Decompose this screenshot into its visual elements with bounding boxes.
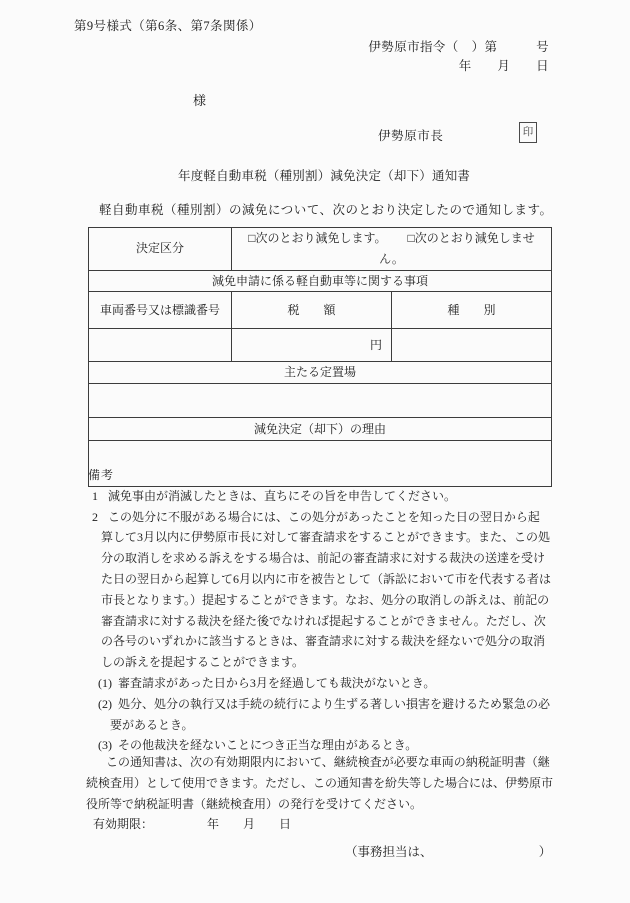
vehicle-type-value-cell[interactable] xyxy=(392,329,552,362)
addressee-suffix: 様 xyxy=(193,91,206,112)
currency-unit: 円 xyxy=(370,338,382,352)
table-row: 主たる定置場 xyxy=(89,362,552,384)
remarks-section: 備考 1減免事由が消滅したときは、直ちにその旨を申告してください。 2この処分に… xyxy=(88,465,551,756)
remarks-item-text: 減免事由が消滅したときは、直ちにその旨を申告してください。 xyxy=(108,489,456,503)
issuer-name: 伊勢原市長 xyxy=(378,126,444,147)
remarks-subitem-1: (1)審査請求があった日から3月を経過しても裁決がないとき。 xyxy=(88,673,551,694)
vehicle-number-value-cell[interactable] xyxy=(89,329,232,362)
table-row: 決定区分 □次のとおり減免します。 □次のとおり減免しません。 xyxy=(89,228,552,271)
seal-placeholder-icon: 印 xyxy=(519,122,537,143)
intro-sentence: 軽自動車税（種別割）の減免について、次のとおり決定したので通知します。 xyxy=(99,200,553,221)
certificate-note-section: この通知書は、次の有効期限内において、継続検査が必要な車両の納税証明書（継続検査… xyxy=(86,752,554,835)
form-number: 第9号様式（第6条、第7条関係） xyxy=(74,16,262,37)
remarks-subitem-number: (2) xyxy=(98,697,118,711)
remarks-subitem-text: 処分、処分の執行又は手続の続行により生ずる著しい損害を避けるため緊急の必要がある… xyxy=(110,697,550,732)
option-reject[interactable]: □次のとおり減免しません。 xyxy=(379,231,535,266)
vehicle-type-header: 種 別 xyxy=(392,292,552,329)
remarks-subitem-text: 審査請求があった日から3月を経過しても裁決がないとき。 xyxy=(118,676,435,690)
admin-contact-line: （事務担当は、 ） xyxy=(345,842,551,863)
remarks-heading: 備考 xyxy=(88,465,551,486)
document-title: 年度軽自動車税（種別割）減免決定（却下）通知書 xyxy=(178,166,470,187)
remarks-item-text: この処分に不服がある場合には、この処分があったことを知った日の翌日から起算して3… xyxy=(101,510,551,670)
remarks-item-number: 2 xyxy=(92,510,108,524)
table-row xyxy=(89,384,552,418)
option-approve-label: 次のとおり減免します。 xyxy=(255,231,386,245)
main-location-header: 主たる定置場 xyxy=(89,362,552,384)
issue-date-line: 年 月 日 xyxy=(459,56,549,77)
table-row: 減免申請に係る軽自動車等に関する事項 xyxy=(89,270,552,292)
option-reject-label: 次のとおり減免しません。 xyxy=(379,231,535,266)
remarks-item-1: 1減免事由が消滅したときは、直ちにその旨を申告してください。 xyxy=(88,486,551,507)
table-row: 減免決定（却下）の理由 xyxy=(89,418,552,441)
remarks-subitem-text: その他裁決を経ないことにつき正当な理由があるとき。 xyxy=(118,738,417,752)
directive-number-line: 伊勢原市指令（ ）第 号 xyxy=(368,37,549,58)
vehicle-section-title: 減免申請に係る軽自動車等に関する事項 xyxy=(89,270,552,292)
validity-line: 有効期限： 年 月 日 xyxy=(86,814,554,835)
certificate-note-text: この通知書は、次の有効期限内において、継続検査が必要な車両の納税証明書（継続検査… xyxy=(86,752,554,814)
decision-category-label: 決定区分 xyxy=(89,228,232,271)
remarks-subitem-number: (3) xyxy=(98,738,118,752)
remarks-subitem-2: (2)処分、処分の執行又は手続の続行により生ずる著しい損害を避けるため緊急の必要… xyxy=(88,694,551,736)
option-approve[interactable]: □次のとおり減免します。 xyxy=(248,231,386,245)
notice-document-page: 第9号様式（第6条、第7条関係） 伊勢原市指令（ ）第 号 年 月 日 様 伊勢… xyxy=(0,0,630,903)
table-row: 円 xyxy=(89,329,552,362)
table-row: 車両番号又は標識番号 税 額 種 別 xyxy=(89,292,552,329)
decision-table: 決定区分 □次のとおり減免します。 □次のとおり減免しません。 減免申請に係る軽… xyxy=(88,227,552,487)
tax-amount-value-cell[interactable]: 円 xyxy=(232,329,392,362)
decision-options-cell: □次のとおり減免します。 □次のとおり減免しません。 xyxy=(232,228,552,271)
remarks-item-number: 1 xyxy=(92,489,108,503)
checkbox-reject-icon[interactable]: □ xyxy=(408,228,415,249)
remarks-item-2: 2この処分に不服がある場合には、この処分があったことを知った日の翌日から起算して… xyxy=(88,507,551,673)
main-location-value-cell[interactable] xyxy=(89,384,552,418)
remarks-subitem-number: (1) xyxy=(98,676,118,690)
reason-header: 減免決定（却下）の理由 xyxy=(89,418,552,441)
tax-amount-header: 税 額 xyxy=(232,292,392,329)
vehicle-number-header: 車両番号又は標識番号 xyxy=(89,292,232,329)
